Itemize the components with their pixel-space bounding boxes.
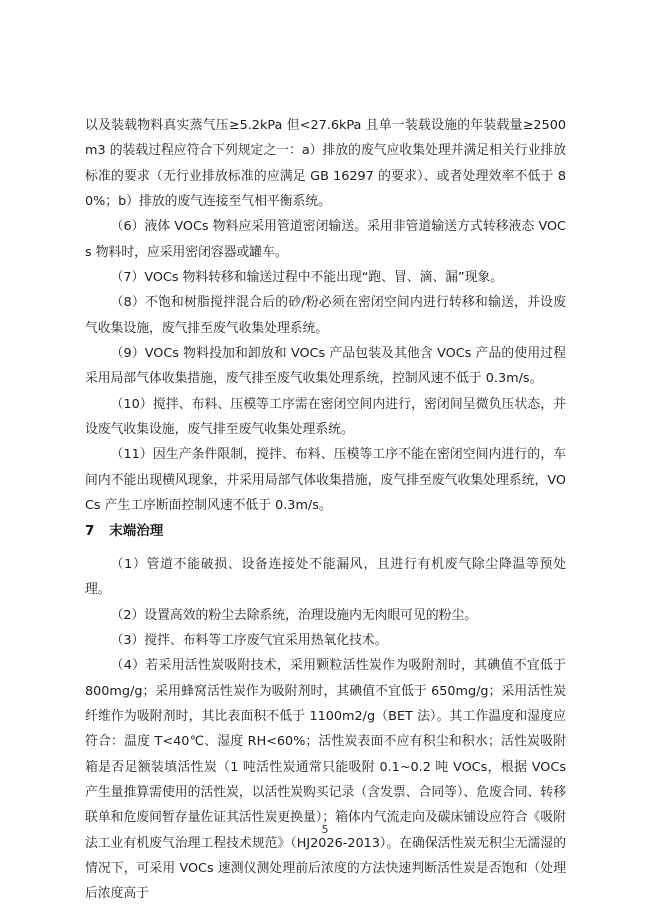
section-number: 7: [85, 519, 94, 544]
paragraph: （8）不饱和树脂搅拌混合后的砂/粉必须在密闭空间内进行转移和输送，并设废气收集设…: [85, 290, 566, 341]
document-content: 以及装载物料真实蒸气压≥5.2kPa 但<27.6kPa 且单一装载设施的年装载…: [85, 113, 566, 907]
paragraph: （1）管道不能破损、设备连接处不能漏风，且进行有机废气除尘降温等预处理。: [85, 552, 566, 603]
paragraph: （3）搅拌、布料等工序废气宜采用热氧化技术。: [85, 628, 566, 653]
paragraph: （2）设置高效的粉尘去除系统，治理设施内无肉眼可见的粉尘。: [85, 603, 566, 628]
paragraph: （9）VOCs 物料投加和卸放和 VOCs 产品包装及其他含 VOCs 产品的使…: [85, 341, 566, 392]
section-heading: 7末端治理: [85, 519, 566, 544]
paragraph: 以及装载物料真实蒸气压≥5.2kPa 但<27.6kPa 且单一装载设施的年装载…: [85, 113, 566, 214]
section-title: 末端治理: [109, 523, 163, 539]
paragraph: （11）因生产条件限制，搅拌、布料、压模等工序不能在密闭空间内进行的，车间内不能…: [85, 442, 566, 518]
paragraph: （6）液体 VOCs 物料应采用管道密闭输送。采用非管道输送方式转移液态 VOC…: [85, 214, 566, 265]
page-number: 5: [0, 823, 650, 836]
paragraph: （7）VOCs 物料转移和输送过程中不能出现“跑、冒、滴、漏”现象。: [85, 265, 566, 290]
paragraph: （4）若采用活性炭吸附技术，采用颗粒活性炭作为吸附剂时，其碘值不宜低于 800m…: [85, 653, 566, 906]
document-page: 以及装载物料真实蒸气压≥5.2kPa 但<27.6kPa 且单一装载设施的年装载…: [0, 0, 650, 919]
paragraph: （10）搅拌、布料、压模等工序需在密闭空间内进行，密闭间呈微负压状态，并设废气收…: [85, 392, 566, 443]
